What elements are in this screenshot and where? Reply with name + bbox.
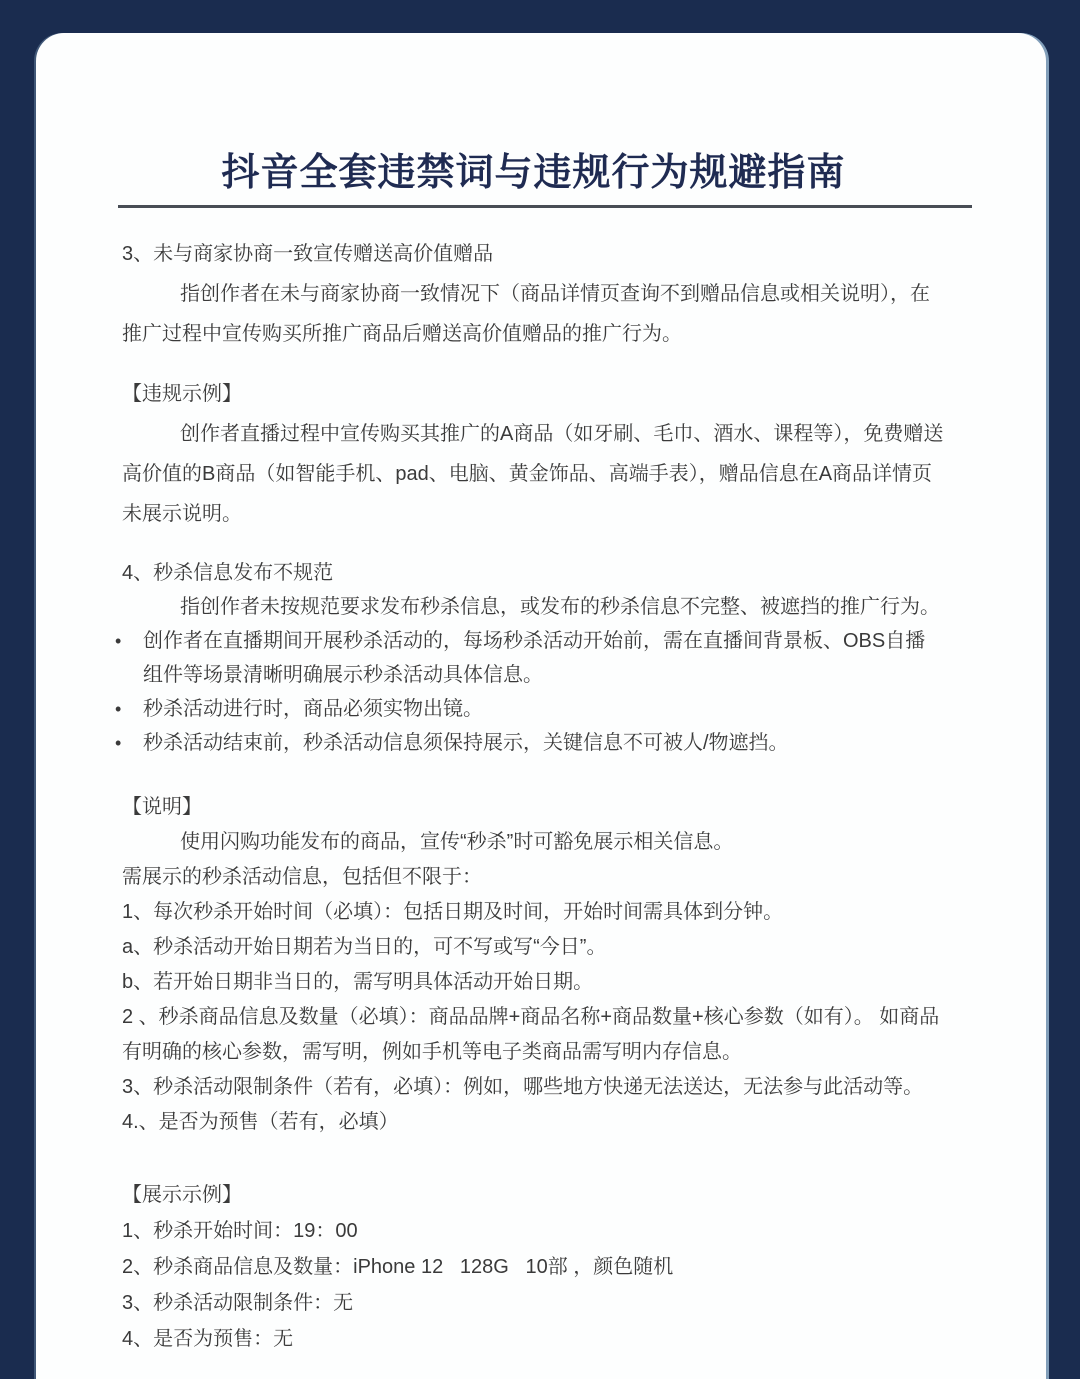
section3-heading: 3、未与商家协商一致宣传赠送高价值赠品 bbox=[122, 234, 945, 274]
note-line: 1、每次秒杀开始时间（必填）：包括日期及时间，开始时间需具体到分钟。 bbox=[122, 895, 945, 930]
display-example-label: 【展示示例】 bbox=[122, 1177, 945, 1213]
note-line: 需展示的秒杀活动信息，包括但不限于： bbox=[122, 860, 945, 895]
violation-example-paragraph: 创作者直播过程中宣传购买其推广的A商品（如牙刷、毛巾、酒水、课程等），免费赠送高… bbox=[122, 414, 945, 534]
section4-heading: 4、秒杀信息发布不规范 bbox=[122, 556, 945, 590]
bullet-text: 创作者在直播期间开展秒杀活动的，每场秒杀活动开始前，需在直播间背景板、OBS自播… bbox=[143, 624, 945, 692]
bullet-item: • 创作者在直播期间开展秒杀活动的，每场秒杀活动开始前，需在直播间背景板、OBS… bbox=[122, 624, 945, 692]
display-example-line: 4、是否为预售：无 bbox=[122, 1321, 945, 1357]
bullet-text: 秒杀活动进行时，商品必须实物出镜。 bbox=[143, 692, 945, 726]
note-line: b、若开始日期非当日的，需写明具体活动开始日期。 bbox=[122, 965, 945, 1000]
display-example-line: 1、秒杀开始时间：19：00 bbox=[122, 1213, 945, 1249]
note-label: 【说明】 bbox=[122, 790, 945, 825]
bullet-dot: • bbox=[115, 624, 143, 658]
page-title: 抖音全套违禁词与违规行为规避指南 bbox=[122, 151, 945, 195]
note-line: 4.、是否为预售（若有，必填） bbox=[122, 1105, 945, 1140]
section4-intro: 指创作者未按规范要求发布秒杀信息，或发布的秒杀信息不完整、被遮挡的推广行为。 bbox=[122, 590, 945, 624]
note-intro: 使用闪购功能发布的商品，宣传“秒杀”时可豁免展示相关信息。 bbox=[122, 825, 945, 860]
note-line: 3、秒杀活动限制条件（若有，必填）：例如，哪些地方快递无法送达，无法参与此活动等… bbox=[122, 1070, 945, 1105]
bullet-dot: • bbox=[115, 726, 143, 760]
bullet-item: • 秒杀活动进行时，商品必须实物出镜。 bbox=[122, 692, 945, 726]
section3-paragraph: 指创作者在未与商家协商一致情况下（商品详情页查询不到赠品信息或相关说明），在推广… bbox=[122, 274, 945, 354]
bullet-text: 秒杀活动结束前，秒杀活动信息须保持展示，关键信息不可被人/物遮挡。 bbox=[143, 726, 945, 760]
display-example-line: 3、秒杀活动限制条件：无 bbox=[122, 1285, 945, 1321]
note-line: a、秒杀活动开始日期若为当日的，可不写或写“今日”。 bbox=[122, 930, 945, 965]
display-example-line: 2、秒杀商品信息及数量：iPhone 12 128G 10部 ，颜色随机 bbox=[122, 1249, 945, 1285]
bullet-item: • 秒杀活动结束前，秒杀活动信息须保持展示，关键信息不可被人/物遮挡。 bbox=[122, 726, 945, 760]
note-line: 2 、秒杀商品信息及数量（必填）：商品品牌+商品名称+商品数量+核心参数（如有）… bbox=[122, 1000, 945, 1070]
violation-example-label: 【违规示例】 bbox=[122, 374, 945, 414]
bullet-dot: • bbox=[115, 692, 143, 726]
document-card: 抖音全套违禁词与违规行为规避指南 3、未与商家协商一致宣传赠送高价值赠品 指创作… bbox=[36, 33, 1046, 1379]
title-divider bbox=[118, 205, 972, 208]
page-background: 抖音全套违禁词与违规行为规避指南 3、未与商家协商一致宣传赠送高价值赠品 指创作… bbox=[0, 0, 1080, 1379]
